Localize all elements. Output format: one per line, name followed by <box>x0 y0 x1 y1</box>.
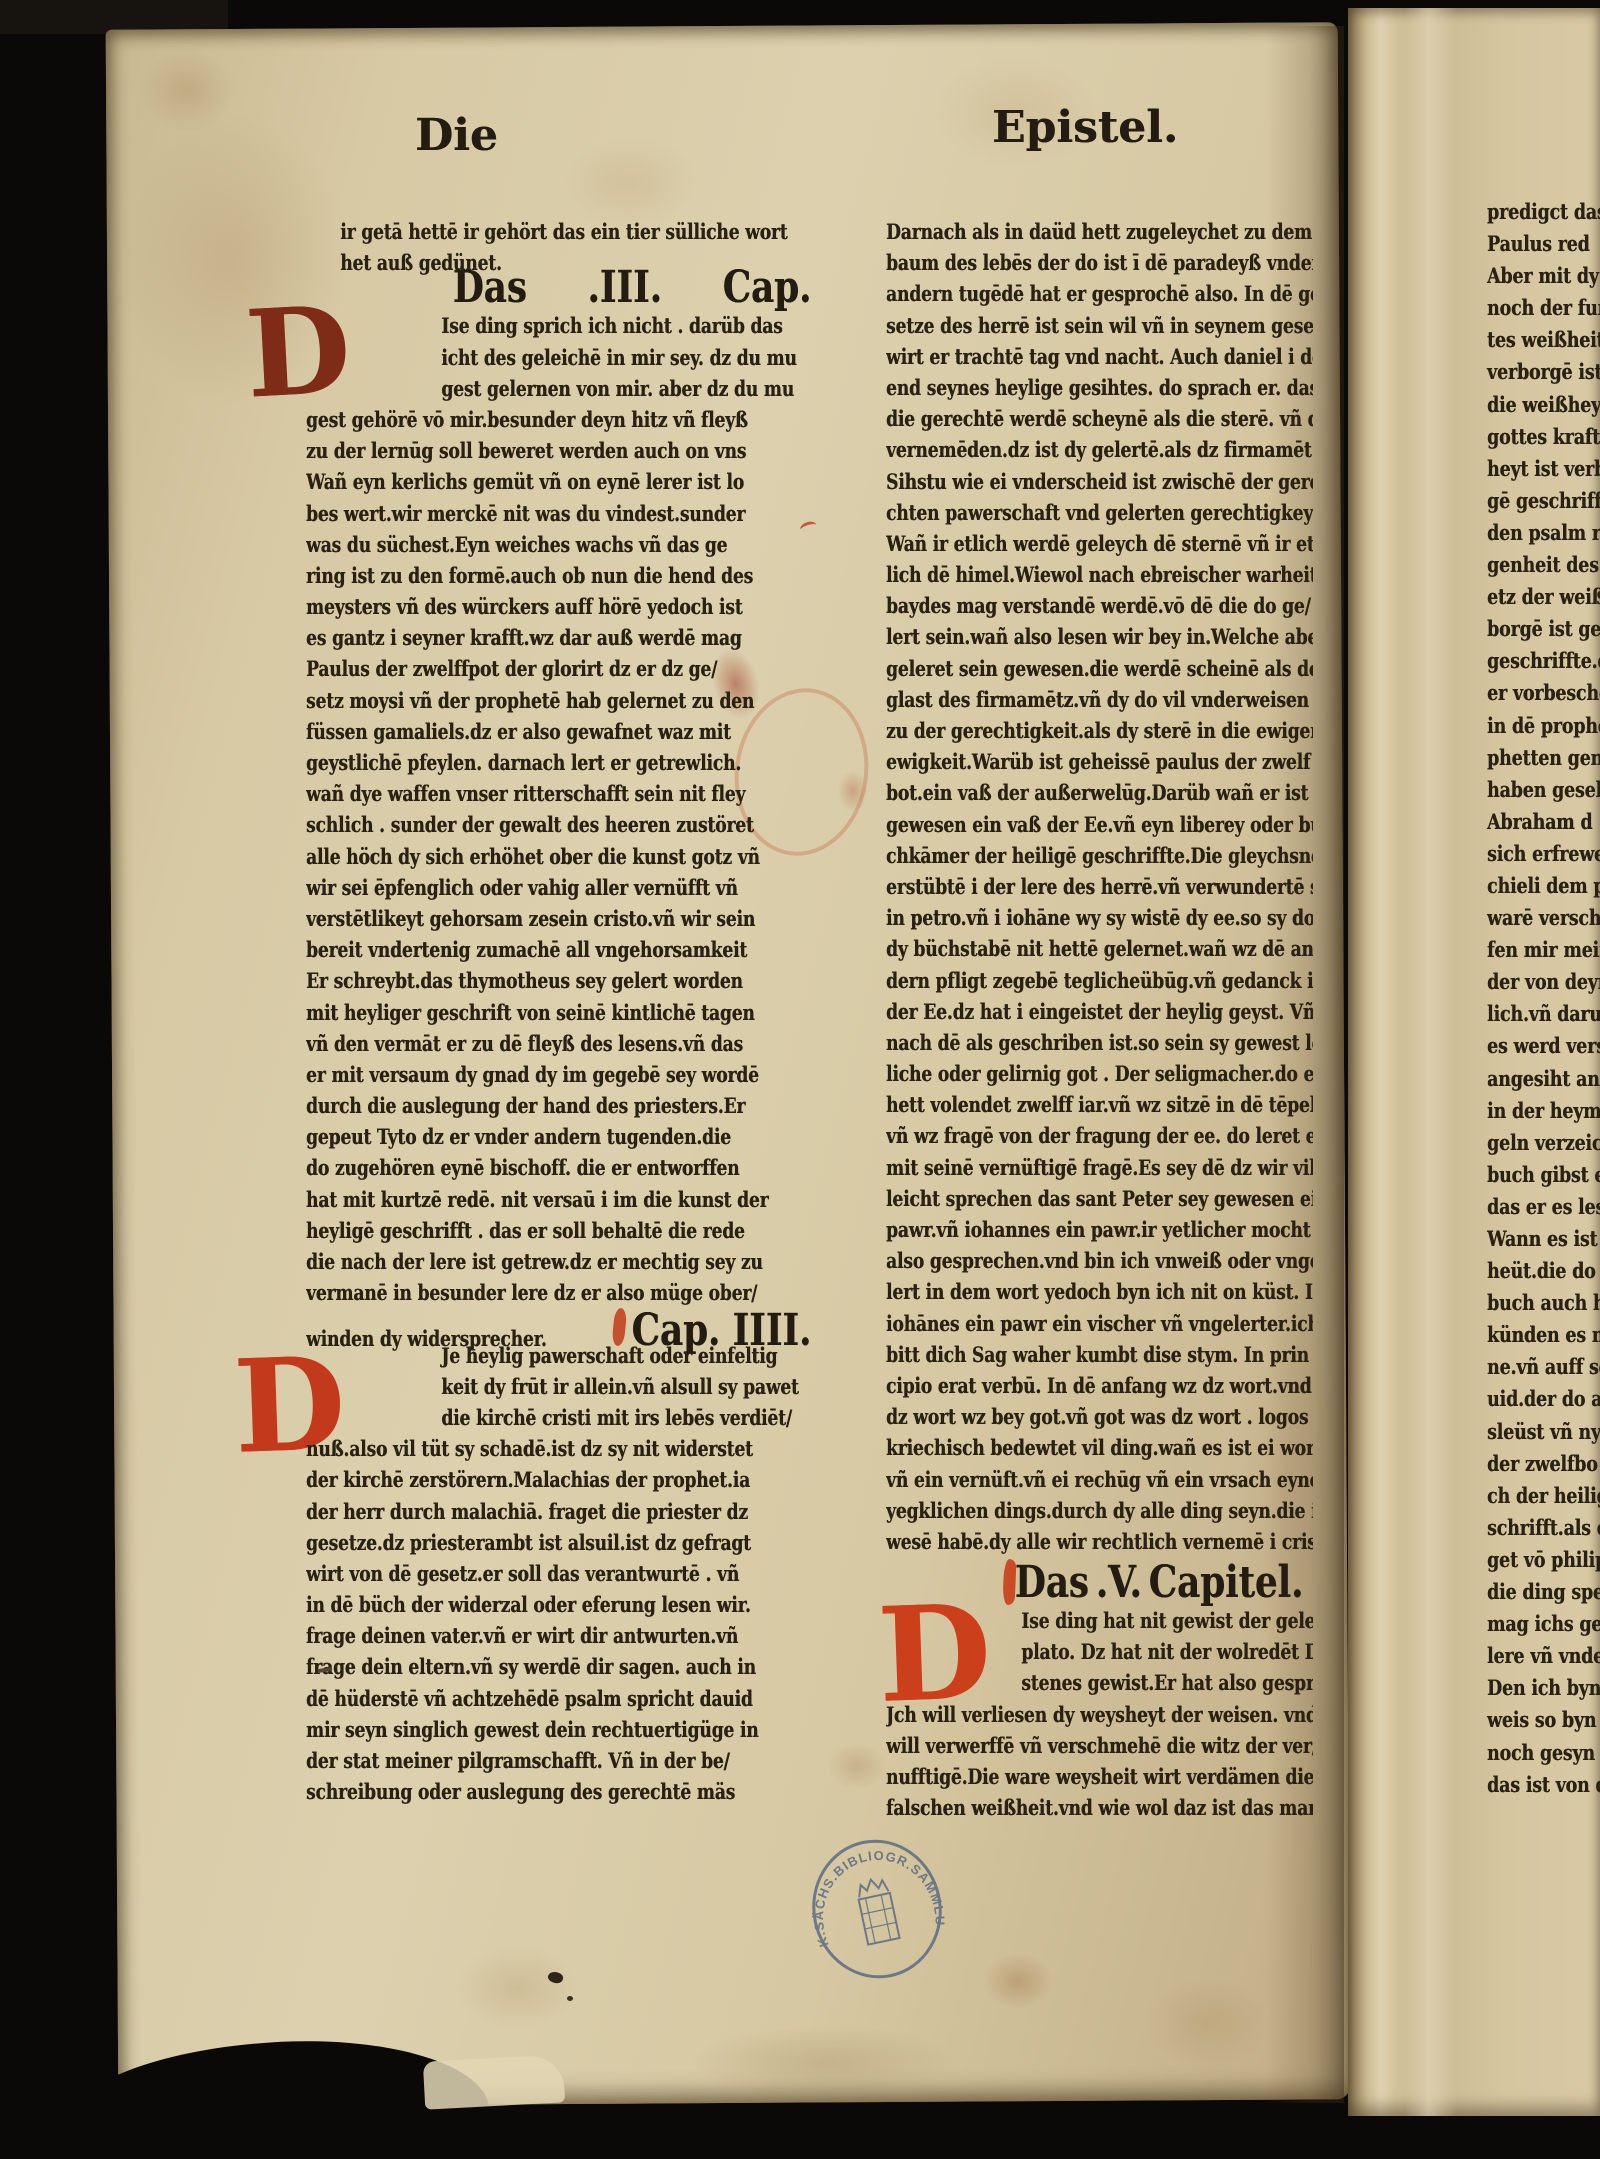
text-line: predigct das <box>1487 196 1600 228</box>
text-line: falschen weißheit.vnd wie wol daz ist da… <box>886 1792 1313 1823</box>
text-line: Darnach als in daüd hett zugeleychet zu … <box>886 216 1313 247</box>
chapter-heading: Das.V.Capitel. <box>1015 1561 1304 1605</box>
text-line: angesiht an <box>1487 1063 1600 1095</box>
text-line: ring ist zu den formē.auch ob nun die he… <box>306 560 813 591</box>
chapter-heading-word: Capitel. <box>1149 1561 1304 1605</box>
text-line: gottes kraft <box>1487 421 1600 453</box>
text-line: lert sein.wañ also lesen wir bey in.Welc… <box>886 621 1313 652</box>
text-line: Sihstu wie ei vnderscheid ist zwischē de… <box>886 466 1313 497</box>
text-line: glast des firmamētz.vñ dy do vil vnderwe… <box>886 684 1313 715</box>
text-line: schrifft.als e <box>1487 1512 1600 1544</box>
text-line: schreibung oder auslegung des gerechtē m… <box>306 1776 813 1807</box>
text-line: fen mir mein <box>1487 934 1600 966</box>
text-line: das er es lese <box>1487 1191 1600 1223</box>
text-line: in petro.vñ i iohāne wy sy wistē dy ee.s… <box>886 902 1313 933</box>
chapter-heading-word: Cap. <box>723 266 812 310</box>
rubric-paraph-mark <box>1002 1559 1016 1606</box>
text-line: keit dy frūt ir allein.vñ alsull sy pawe… <box>306 1371 813 1402</box>
text-line: hett volendet zwelff iar.vñ wz sitzē in … <box>886 1089 1313 1120</box>
text-line: lere vñ vnde <box>1487 1640 1600 1672</box>
text-line: geystlichē pfeylen. darnach lert er getr… <box>306 747 813 778</box>
text-line: mit seinē vernüftigē fragē.Es sey dē dz … <box>886 1152 1313 1183</box>
text-line: Jch will verliesen dy weysheyt der weise… <box>886 1699 1313 1730</box>
running-head-right: Epistel. <box>992 106 1178 150</box>
text-line: heüt.die do <box>1487 1255 1600 1287</box>
text-line: Ise ding sprich ich nicht . darüb das <box>306 310 813 341</box>
text-line: warē verschl <box>1487 902 1600 934</box>
chapter-heading: Das.III.Cap. <box>453 266 812 310</box>
text-line: der von deyn <box>1487 966 1600 998</box>
text-line: bereit vndertenig zumachē all vngehorsam… <box>306 934 813 965</box>
text-line: nuß.also vil tüt sy schadē.ist dz sy nit… <box>306 1433 813 1464</box>
text-line: baum des lebēs der do ist ī dē paradeyß … <box>886 247 1313 278</box>
paper-flap <box>423 2054 565 2109</box>
text-line: Wañ eyn kerlichs gemüt vñ on eynē lerer … <box>306 466 813 497</box>
text-line: dern pfligt zegebē teglicheübūg.vñ gedan… <box>886 965 1313 996</box>
text-line: das ist von d <box>1487 1769 1600 1801</box>
text-line: zu der gerechtigkeit.als dy sterē in die… <box>886 715 1313 746</box>
text-line: Paulus der zwelffpot der glorirt dz er d… <box>306 653 813 684</box>
text-line: in der heyml <box>1487 1095 1600 1127</box>
text-line: end seynes heylige gesihtes. do sprach e… <box>886 372 1313 403</box>
text-line: mit heyliger geschrift von seinē kintlic… <box>306 997 813 1028</box>
text-line: vñ wz fragē von der fragung der ee. do l… <box>886 1120 1313 1151</box>
text-line: was du süchest.Eyn weiches wachs vñ das … <box>306 529 813 560</box>
text-line: mag ichs ge <box>1487 1608 1600 1640</box>
text-line: wesē habē.dy alle wir rechtlich vernemē … <box>886 1526 1313 1557</box>
text-line: nufftigē.Die ware weysheit wirt verdämen… <box>886 1761 1313 1792</box>
text-line: der stat meiner pilgramschafft. Vñ in de… <box>306 1745 813 1776</box>
text-line: heyligē geschrifft . das er soll behaltē… <box>306 1215 813 1246</box>
text-line: der zwelfbo <box>1487 1448 1600 1480</box>
text-line: füssen gamaliels.dz er also gewafnet waz… <box>306 716 813 747</box>
text-line: plato. Dz hat nit der wolredēt Demo <box>886 1636 1313 1667</box>
text-line-with-heading: winden dy widersprecher.Cap. IIII. <box>306 1308 811 1339</box>
text-line: alle höch dy sich erhöhet ober die kunst… <box>306 841 813 872</box>
text-line: dē hüderstē vñ achtzehēdē psalm spricht … <box>306 1683 813 1714</box>
chapter-heading-word: .III. <box>587 266 661 310</box>
text-line: die weißhey <box>1487 389 1600 421</box>
text-line: gewesen ein vaß der Ee.vñ eyn liberey od… <box>886 809 1313 840</box>
text-line: kriechisch bedewtet vil ding.wañ es ist … <box>886 1432 1313 1463</box>
text-line: gest gehörē vō mir.besunder deyn hitz vñ… <box>306 404 813 435</box>
text-line: will verwerffē vñ verschmehē die witz de… <box>886 1730 1313 1761</box>
text-line: andern tugēdē hat er gesprochē also. In … <box>886 278 1313 309</box>
text-line: lert in dem wort yedoch byn ich nit on k… <box>886 1276 1313 1307</box>
text-line: es werd vers <box>1487 1030 1600 1062</box>
text-line: den psalm r <box>1487 517 1600 549</box>
text-line: buch gibst e <box>1487 1159 1600 1191</box>
text-line: ch der heilig <box>1487 1480 1600 1512</box>
text-column-2: Darnach als in daüd hett zugeleychet zu … <box>886 216 1313 1823</box>
text-line: iohānes ein pawr ein vischer vñ vngelert… <box>886 1308 1313 1339</box>
text-line: Paulus red <box>1487 228 1600 260</box>
red-offset-ghost <box>838 770 868 812</box>
running-head-left: Die <box>415 114 498 158</box>
partial-text-column-next-page: predigct dasPaulus redAber mit dynoch de… <box>1487 196 1600 1801</box>
text-line: gepeut Tyto dz er vnder andern tugenden.… <box>306 1121 813 1152</box>
text-line: es gantz i seyner krafft.wz dar auß werd… <box>306 622 813 653</box>
text-line: Er schreybt.das thymotheus sey gelert wo… <box>306 965 813 996</box>
text-line: nach dē als geschriben ist.so sein sy ge… <box>886 1027 1313 1058</box>
text-line: die ding spe <box>1487 1576 1600 1608</box>
text-line: wirt von dē gesetz.er soll das verantwur… <box>306 1558 813 1589</box>
text-line: künden es n <box>1487 1319 1600 1351</box>
text-line: verstētlikeyt gehorsam zesein cristo.vñ … <box>306 903 813 934</box>
library-stamp: K.SÄCHS.BIBLIOGR.SAMMLUNG <box>794 1823 959 1995</box>
text-line: der kirchē zerstörern.Malachias der prop… <box>306 1464 813 1495</box>
text-line: geln verzeich <box>1487 1127 1600 1159</box>
text-line: wir sei ēpfenglich oder vahig aller vern… <box>306 872 813 903</box>
text-line: durch die auslegung der hand des prieste… <box>306 1090 813 1121</box>
text-line: chkāmer der heiligē geschriffte.Die gley… <box>886 840 1313 871</box>
text-line: frage deinen vater.vñ er wirt dir antwur… <box>306 1620 813 1651</box>
text-line: wañ dye waffen vnser ritterschafft sein … <box>306 778 813 809</box>
ink-dot <box>567 1996 573 2001</box>
text-line: chieli dem p <box>1487 870 1600 902</box>
text-line: haben gesehe <box>1487 774 1600 806</box>
text-line: wirt er trachtē tag vnd nacht. Auch dani… <box>886 341 1313 372</box>
text-line: buch auch h <box>1487 1287 1600 1319</box>
text-line: Abraham d <box>1487 806 1600 838</box>
text-line: hat mit kurtzē redē. nit versaū i im die… <box>306 1184 813 1215</box>
text-line: bot.ein vaß der außerwelūg.Darüb wañ er … <box>886 777 1313 808</box>
text-column-1: ir getā hettē ir gehört das ein tier sül… <box>306 216 813 1807</box>
text-line: in dē büch der widerzal oder eferung les… <box>306 1589 813 1620</box>
text-line: Aber mit dy <box>1487 260 1600 292</box>
chapter-heading-word: Das <box>1015 1561 1089 1605</box>
text-line: er mit versaum dy gnad dy im gegebē sey … <box>306 1059 813 1090</box>
text-line: Wañ ir etlich werdē geleych dē sternē vñ… <box>886 528 1313 559</box>
text-line: stenes gewist.Er hat also gesprochen <box>886 1667 1313 1698</box>
text-line: Wann es ist <box>1487 1223 1600 1255</box>
text-line: get vō philip <box>1487 1544 1600 1576</box>
text-line: verborgē ist. <box>1487 356 1600 388</box>
text-line: lich dē himel.Wiewol nach ebreischer war… <box>886 559 1313 590</box>
text-line: also gesprechen.vnd bin ich vnweiß oder … <box>886 1245 1313 1276</box>
book-scan: Die Epistel. D D D ir getā hettē ir gehö… <box>0 0 1600 2159</box>
text-line: phetten gena <box>1487 742 1600 774</box>
text-line: geleret sein gewesen.die werdē scheinē a… <box>886 653 1313 684</box>
text-line: uid.der do a <box>1487 1383 1600 1415</box>
text-line: borgē ist ge <box>1487 613 1600 645</box>
text-line: der herr durch malachiā. fraget die prie… <box>306 1496 813 1527</box>
text-line: gē geschrifft <box>1487 485 1600 517</box>
text-line: genheit des <box>1487 549 1600 581</box>
text-line: etz der weiß <box>1487 581 1600 613</box>
text-line: noch gesyn <box>1487 1737 1600 1769</box>
text-line: ir getā hettē ir gehört das ein tier sül… <box>306 216 813 247</box>
text-line: weis so byn i <box>1487 1704 1600 1736</box>
text-line: leicht sprechen das sant Peter sey gewes… <box>886 1183 1313 1214</box>
text-line: vermanē in besunder lere dz er also müge… <box>306 1277 813 1308</box>
text-line: frage dein eltern.vñ sy werdē dir sagen.… <box>306 1651 813 1682</box>
text-line: er vorbesche <box>1487 677 1600 709</box>
text-line: tes weißheit <box>1487 324 1600 356</box>
text-line: noch der fun <box>1487 292 1600 324</box>
text-line: pawr.vñ iohannes ein pawr.ir yetlicher m… <box>886 1214 1313 1245</box>
text-line: Ise ding hat nit gewist der gelert <box>886 1605 1313 1636</box>
text-line: geschriffte.d <box>1487 645 1600 677</box>
text-line: setz moysi vñ der prophetē hab gelernet … <box>306 685 813 716</box>
text-line: sich erfrewe <box>1487 838 1600 870</box>
text-line: bes wert.wir merckē nit was du vindest.s… <box>306 498 813 529</box>
text-line: die gerechtē werdē scheynē als die sterē… <box>886 403 1313 434</box>
text-line: gesetze.dz priesterambt ist alsuil.ist d… <box>306 1527 813 1558</box>
text-line: meysters vñ des würckers auff hörē yedoc… <box>306 591 813 622</box>
text-line: baydes mag verstandē werdē.vō dē die do … <box>886 590 1313 621</box>
text-line: liche oder gelirnig got . Der seligmache… <box>886 1058 1313 1089</box>
text-line: dy büchstabē nit hettē gelernet.wañ wz d… <box>886 933 1313 964</box>
text-line: schlich . sunder der gewalt des heeren z… <box>306 809 813 840</box>
page-fold-highlight <box>1405 8 1457 2116</box>
text-line: heyt ist verb <box>1487 453 1600 485</box>
text-line: cipio erat verbū. In dē anfang wz dz wor… <box>886 1370 1313 1401</box>
text-line: erstübtē i der lere des herrē.vñ verwund… <box>886 871 1313 902</box>
text-line: Den ich byn <box>1487 1672 1600 1704</box>
chapter-heading-word: Das <box>453 266 527 310</box>
text-line: dz wort wz bey got.vñ got was dz wort . … <box>886 1401 1313 1432</box>
text-line: in dē prophe <box>1487 710 1600 742</box>
text-line: icht des geleichē in mir sey. dz du mu <box>306 342 813 373</box>
text-line: vñ ein vernüft.vñ ei rechūg vñ ein vrsac… <box>886 1464 1313 1495</box>
text-line: setze des herrē ist sein wil vñ in seyne… <box>886 310 1313 341</box>
text-line: vñ den vermāt er zu dē fleyß des lesens.… <box>306 1028 813 1059</box>
chapter-heading-word: .V. <box>1096 1561 1142 1605</box>
text-line: die nach der lere ist getrew.dz er mecht… <box>306 1246 813 1277</box>
text-line: der Ee.dz hat i eingeistet der heylig ge… <box>886 996 1313 1027</box>
text-line: die kirchē cristi mit irs lebēs verdiēt/ <box>306 1402 813 1433</box>
text-line: mir seyn singlich gewest dein rechtuerti… <box>306 1714 813 1745</box>
text-line: yegklichen dings.durch dy alle ding seyn… <box>886 1495 1313 1526</box>
text-line: vernemēden.dz ist dy gelertē.als dz firm… <box>886 434 1313 465</box>
text-line: ewigkeit.Warüb ist geheissē paulus der z… <box>886 746 1313 777</box>
text-line: bitt dich Sag waher kumbt dise stym. In … <box>886 1339 1313 1370</box>
stamp-shield-icon <box>859 1893 900 1945</box>
text-line: ne.vñ auff se <box>1487 1351 1600 1383</box>
text-line: lich.vñ daru <box>1487 998 1600 1030</box>
text-line: sleüst vñ ny <box>1487 1416 1600 1448</box>
text-line: chten pawerschaft vnd gelerten gerechtig… <box>886 497 1313 528</box>
text-line: do zugehören eynē bischoff. die er entwo… <box>306 1152 813 1183</box>
text-line: zu der lernūg soll beweret werden auch o… <box>306 435 813 466</box>
text-line: gest gelernen von mir. aber dz du mu <box>306 373 813 404</box>
